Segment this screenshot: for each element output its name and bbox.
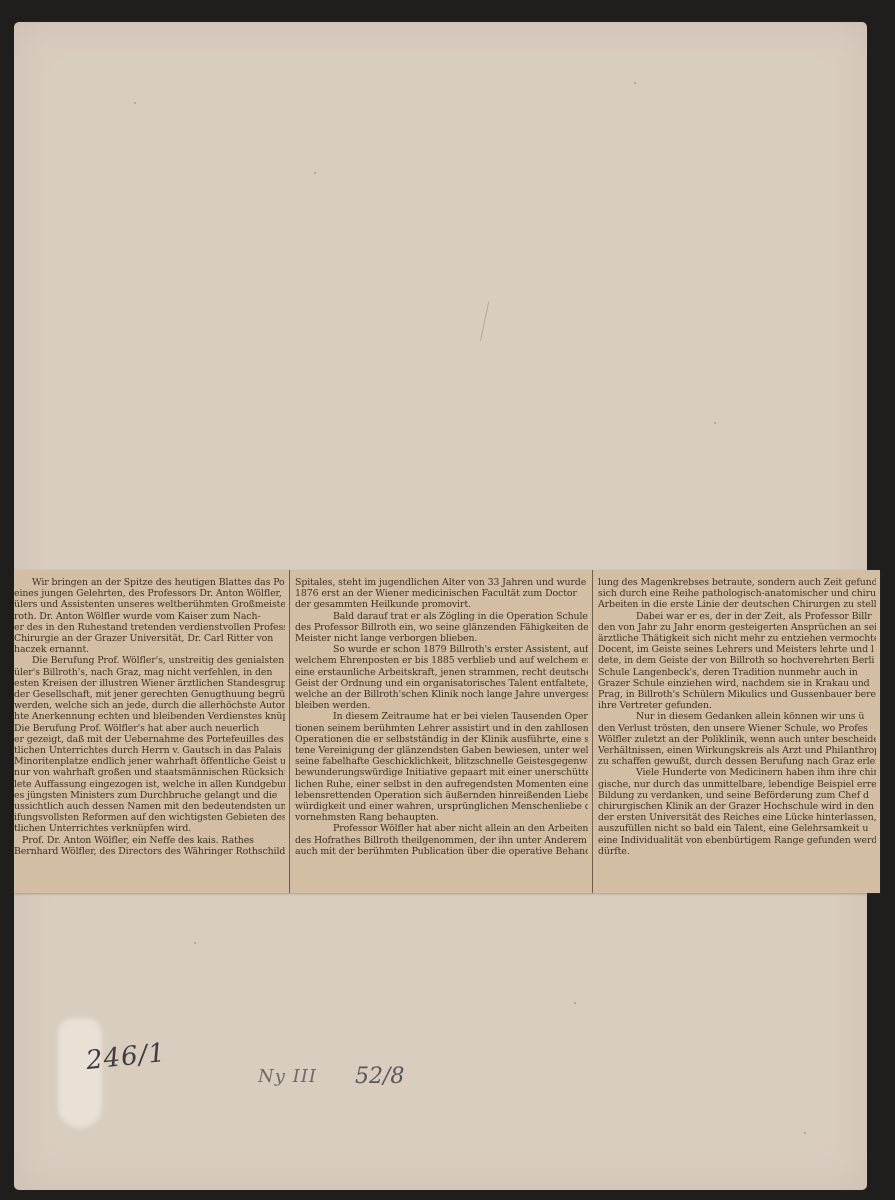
clipping-line: des Professor Billroth ein, wo seine glä…: [295, 622, 588, 633]
clipping-line: Viele Hunderte von Medicinern haben ihm …: [598, 767, 876, 778]
paper-speck: [714, 422, 716, 424]
clipping-line: So wurde er schon 1879 Billroth's erster…: [295, 644, 588, 655]
clipping-line: er gezeigt, daß mit der Uebernahme des P…: [14, 734, 285, 745]
clipping-line: tionen seinem berühmten Lehrer assistirt…: [295, 723, 588, 734]
clipping-line: vornehmsten Rang behaupten.: [295, 812, 588, 823]
clipping-line: es jüngsten Ministers zum Durchbruche ge…: [14, 790, 285, 801]
clipping-paragraph: lung des Magenkrebses betraute, sondern …: [598, 577, 876, 611]
clipping-line: lung des Magenkrebses betraute, sondern …: [598, 577, 876, 588]
clipping-line: haczek ernannt.: [14, 644, 285, 655]
clipping-line: auch mit der berühmten Publication über …: [295, 846, 588, 857]
clipping-line: lebensrettenden Operation sich äußernden…: [295, 790, 588, 801]
clipping-paragraph: Prof. Dr. Anton Wölfler, ein Neffe des k…: [14, 835, 285, 857]
clipping-line: den Verlust trösten, den unsere Wiener S…: [598, 723, 876, 734]
clipping-line: roth. Dr. Anton Wölfler wurde vom Kaiser…: [14, 611, 285, 622]
clipping-line: ärztliche Thätigkeit sich nicht mehr zu …: [598, 633, 876, 644]
clipping-line: ussichtlich auch dessen Namen mit den be…: [14, 801, 285, 812]
clipping-line: Professor Wölfler hat aber nicht allein …: [295, 823, 588, 834]
clipping-column-2: Spitales, steht im jugendlichen Alter vo…: [289, 570, 592, 893]
clipping-line: den von Jahr zu Jahr enorm gesteigerten …: [598, 622, 876, 633]
clipping-line: esten Kreisen der illustren Wiener ärztl…: [14, 678, 285, 689]
clipping-line: tlichen Unterrichtes verknüpfen wird.: [14, 823, 285, 834]
clipping-line: bewunderungswürdige Initiative gepaart m…: [295, 767, 588, 778]
clipping-line: Prag, in Billroth's Schülern Mikulics un…: [598, 689, 876, 700]
clipping-line: lichen Ruhe, einer selbst in den aufrege…: [295, 779, 588, 790]
clipping-line: würdigkeit und einer wahren, ursprünglic…: [295, 801, 588, 812]
clipping-line: Operationen die er selbstständig in der …: [295, 734, 588, 745]
clipping-paragraph: Nur in diesem Gedanken allein können wir…: [598, 711, 876, 767]
clipping-paragraph: Wir bringen an der Spitze des heutigen B…: [14, 577, 285, 655]
clipping-line: Die Berufung Prof. Wölfler's hat aber au…: [14, 723, 285, 734]
clipping-line: welche an der Billroth'schen Klinik noch…: [295, 689, 588, 700]
clipping-paragraph: Viele Hunderte von Medicinern haben ihm …: [598, 767, 876, 857]
clipping-line: Meister nicht lange verborgen blieben.: [295, 633, 588, 644]
clipping-line: Schule Langenbeck's, deren Tradition nun…: [598, 667, 876, 678]
clipping-line: ülers und Assistenten unseres weltberühm…: [14, 599, 285, 610]
clipping-line: Wir bringen an der Spitze des heutigen B…: [14, 577, 285, 588]
clipping-line: lete Auffassung eingezogen ist, welche i…: [14, 779, 285, 790]
clipping-line: auszufüllen nicht so bald ein Talent, ei…: [598, 823, 876, 834]
clipping-line: Prof. Dr. Anton Wölfler, ein Neffe des k…: [14, 835, 285, 846]
clipping-line: Nur in diesem Gedanken allein können wir…: [598, 711, 876, 722]
clipping-line: 1876 erst an der Wiener medicinischen Fa…: [295, 588, 588, 599]
clipping-column-3: lung des Magenkrebses betraute, sondern …: [592, 570, 880, 893]
paper-speck: [804, 1132, 806, 1134]
clipping-line: üler's Billroth's, nach Graz, mag nicht …: [14, 667, 285, 678]
clipping-line: Bildung zu verdanken, und seine Beförder…: [598, 790, 876, 801]
clipping-line: Dabei war er es, der in der Zeit, als Pr…: [598, 611, 876, 622]
clipping-line: tlichen Unterrichtes durch Herrn v. Gaut…: [14, 745, 285, 756]
clipping-line: zu schaffen gewußt, durch dessen Berufun…: [598, 756, 876, 767]
clipping-paragraph: In diesem Zeitraume hat er bei vielen Ta…: [295, 711, 588, 823]
clipping-line: Verhältnissen, einen Wirkungskreis als A…: [598, 745, 876, 756]
clipping-line: chirurgischen Klinik an der Grazer Hochs…: [598, 801, 876, 812]
clipping-paragraph: Professor Wölfler hat aber nicht allein …: [295, 823, 588, 857]
clipping-line: Wölfler zuletzt an der Poliklinik, wenn …: [598, 734, 876, 745]
clipping-paragraph: Bald darauf trat er als Zögling in die O…: [295, 611, 588, 645]
clipping-line: seine fabelhafte Geschicklichkeit, blitz…: [295, 756, 588, 767]
clipping-line: des Hofrathes Billroth theilgenommen, de…: [295, 835, 588, 846]
clipping-line: bleiben werden.: [295, 700, 588, 711]
clipping-line: der Gesellschaft, mit jener gerechten Ge…: [14, 689, 285, 700]
clipping-line: sich durch eine Reihe pathologisch-anato…: [598, 588, 876, 599]
paper-speck: [134, 102, 136, 104]
clipping-line: Chirurgie an der Grazer Universität, Dr.…: [14, 633, 285, 644]
clipping-paragraph: Dabei war er es, der in der Zeit, als Pr…: [598, 611, 876, 712]
handwritten-signature-code: Ny III: [258, 1066, 317, 1087]
clipping-column-1: Wir bringen an der Spitze des heutigen B…: [14, 570, 289, 893]
clipping-line: In diesem Zeitraume hat er bei vielen Ta…: [295, 711, 588, 722]
clipping-line: Docent, im Geiste seines Lehrers und Mei…: [598, 644, 876, 655]
clipping-paragraph: Spitales, steht im jugendlichen Alter vo…: [295, 577, 588, 611]
clipping-line: dete, in dem Geiste der von Billroth so …: [598, 655, 876, 666]
clipping-line: der gesammten Heilkunde promovirt.: [295, 599, 588, 610]
clipping-line: er des in den Ruhestand tretenden verdie…: [14, 622, 285, 633]
paper-speck: [574, 1002, 576, 1004]
clipping-line: eines jungen Gelehrten, des Professors D…: [14, 588, 285, 599]
clipping-line: gische, nur durch das unmittelbare, lebe…: [598, 779, 876, 790]
clipping-line: Geist der Ordnung und ein organisatorisc…: [295, 678, 588, 689]
clipping-line: der ersten Universität des Reiches eine …: [598, 812, 876, 823]
paper-speck: [634, 82, 636, 84]
clipping-line: Grazer Schule einziehen wird, nachdem si…: [598, 678, 876, 689]
clipping-line: welchem Ehrenposten er bis 1885 verblieb…: [295, 655, 588, 666]
paper-speck: [194, 942, 196, 944]
clipping-line: nur von wahrhaft großen und staatsmännis…: [14, 767, 285, 778]
clipping-line: ihre Vertreter gefunden.: [598, 700, 876, 711]
clipping-line: Spitales, steht im jugendlichen Alter vo…: [295, 577, 588, 588]
clipping-line: hte Anerkennung echten und bleibenden Ve…: [14, 711, 285, 722]
newspaper-clipping: Wir bringen an der Spitze des heutigen B…: [14, 570, 880, 893]
clipping-line: werden, welche sich an jede, durch die a…: [14, 700, 285, 711]
clipping-line: dürfte.: [598, 846, 876, 857]
clipping-line: Bald darauf trat er als Zögling in die O…: [295, 611, 588, 622]
paper-speck: [314, 172, 316, 174]
handwritten-page-code: 52/8: [355, 1064, 404, 1089]
clipping-line: Die Berufung Prof. Wölfler's, unstreitig…: [14, 655, 285, 666]
clipping-line: Minoritenplatze endlich jener wahrhaft ö…: [14, 756, 285, 767]
clipping-line: eine Individualität von ebenbürtigem Ran…: [598, 835, 876, 846]
pencil-mark: [480, 302, 495, 343]
clipping-line: eine erstaunliche Arbeitskraft, jenen st…: [295, 667, 588, 678]
clipping-line: tene Vereinigung der glänzendsten Gaben …: [295, 745, 588, 756]
clipping-line: Arbeiten in die erste Linie der deutsche…: [598, 599, 876, 610]
clipping-paragraph: So wurde er schon 1879 Billroth's erster…: [295, 644, 588, 711]
clipping-line: ifungsvollsten Reformen auf den wichtigs…: [14, 812, 285, 823]
clipping-paragraph: Die Berufung Prof. Wölfler's, unstreitig…: [14, 655, 285, 834]
clipping-line: Bernhard Wölfler, des Directors des Währ…: [14, 846, 285, 857]
